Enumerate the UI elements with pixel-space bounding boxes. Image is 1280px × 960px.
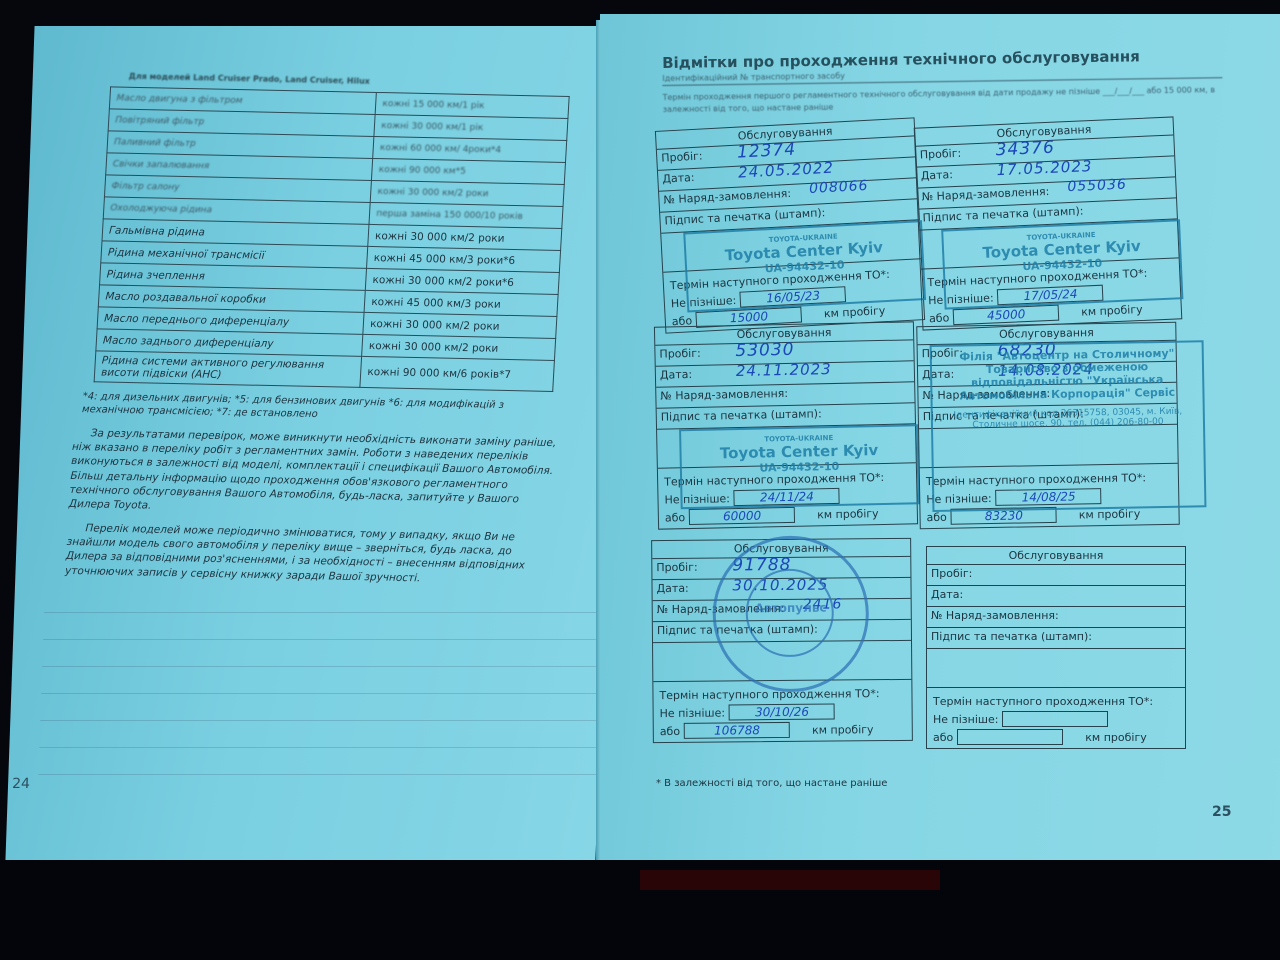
paragraph-checks: За результатами перевірок, може виникнут…	[68, 426, 562, 521]
not-later-label: Не пізніше:	[933, 713, 998, 726]
paragraph-models: Перелік моделей може періодично змінюват…	[65, 521, 558, 588]
order-label: № Наряд-замовлення:	[663, 187, 791, 207]
date-value: 24.11.2023	[736, 360, 832, 380]
km-label: км пробігу	[817, 507, 879, 521]
maintenance-interval: кожні 90 000 км/6 років*7	[360, 356, 554, 391]
service-record-card: ОбслуговуванняПробіг:91788Дата:30.10.202…	[651, 538, 913, 743]
table-footnote: *4: для дизельних двигунів; *5: для бенз…	[82, 390, 563, 426]
stamp-name: Автопульс	[716, 600, 866, 615]
round-company-stamp: Автопульс	[712, 535, 869, 692]
mileage-label: Пробіг:	[656, 561, 697, 574]
right-page: Відмітки про проходження технічного обсл…	[600, 14, 1280, 884]
date-label: Дата:	[662, 171, 695, 186]
signature-label: Підпис та печатка (штамп):	[661, 407, 822, 423]
maintenance-table: Масло двигуна з фільтромкожні 15 000 км/…	[94, 86, 570, 392]
not-later-label: Не пізніше:	[660, 706, 726, 720]
dealer-stamp: Філія "Автоцентр на Столичному" Товарист…	[930, 340, 1207, 512]
next-km-value: 60000	[689, 507, 795, 525]
mileage-value: 34376	[995, 138, 1055, 161]
maintenance-interval: перша заміна 150 000/10 років	[369, 202, 563, 228]
mileage-value: 12374	[737, 140, 797, 163]
km-label: км пробігу	[1081, 302, 1143, 318]
first-service-intro: Термін проходження першого регламентного…	[663, 84, 1223, 116]
signature-area	[927, 649, 1185, 688]
service-record-card: ОбслуговуванняПробіг:34376Дата:17.05.202…	[914, 116, 1183, 330]
order-label: № Наряд-замовлення:	[921, 185, 1049, 204]
order-value: 055036	[1067, 177, 1127, 196]
page-number-right: 25	[1212, 804, 1231, 820]
mileage-label: Пробіг:	[920, 147, 962, 162]
next-km-value	[957, 729, 1063, 745]
bleed-through-table	[38, 586, 605, 776]
order-value: 008066	[809, 178, 869, 197]
km-label: км пробігу	[812, 723, 874, 737]
km-label: км пробігу	[824, 304, 886, 320]
signature-label: Підпис та печатка (штамп):	[931, 630, 1092, 643]
signature-label: Підпис та печатка (штамп):	[922, 204, 1083, 224]
service-footnote: * В залежності від того, що настане рані…	[656, 778, 887, 789]
card-header: Обслуговування	[927, 547, 1185, 565]
order-label: № Наряд-замовлення:	[931, 609, 1059, 622]
or-label: або	[926, 510, 946, 523]
next-km-value: 106788	[684, 722, 790, 739]
date-value: 17.05.2023	[996, 157, 1093, 179]
date-label: Дата:	[931, 588, 963, 601]
stamp-name: Філія "Автоцентр на Столичному" Товарист…	[936, 346, 1199, 403]
date-value: 24.05.2022	[738, 159, 835, 182]
order-label: № Наряд-замовлення:	[660, 387, 788, 403]
km-label: км пробігу	[1085, 731, 1146, 744]
date-label: Дата:	[656, 582, 688, 595]
or-label: або	[660, 724, 680, 737]
red-cover-edge	[640, 870, 940, 890]
left-page: Для моделей Land Cruiser Prado, Land Cru…	[5, 26, 624, 860]
or-label: або	[665, 511, 686, 524]
date-label: Дата:	[660, 368, 692, 382]
or-label: або	[929, 311, 950, 325]
page-number-left: 24	[12, 776, 30, 792]
maintenance-item: Рідина системи активного регулювання вис…	[94, 351, 362, 388]
service-record-card: ОбслуговуванняПробіг:12374Дата:24.05.202…	[655, 117, 925, 333]
service-record-card: ОбслуговуванняПробіг:Дата:№ Наряд-замовл…	[926, 546, 1186, 749]
dealer-stamp: TOYOTA-UKRAINEToyota Center KyivUA-94432…	[679, 424, 920, 509]
or-label: або	[933, 731, 953, 744]
next-date-value	[1002, 711, 1108, 727]
mileage-value: 53030	[735, 340, 794, 361]
date-label: Дата:	[921, 168, 954, 182]
dealer-stamp: TOYOTA-UKRAINEToyota Center KyivUA-94432…	[941, 219, 1183, 309]
next-service-label: Термін наступного проходження ТО*:	[933, 692, 1179, 710]
stamp-code: Ідентифікаційний код 26315758, 03045, м.…	[937, 406, 1199, 431]
mileage-label: Пробіг:	[659, 347, 701, 361]
dealer-stamp: TOYOTA-UKRAINEToyota Center KyivUA-94432…	[683, 220, 926, 312]
service-record-card: ОбслуговуванняПробіг:68230Дата:14.08.202…	[916, 322, 1180, 530]
mileage-label: Пробіг:	[661, 149, 703, 164]
service-record-card: ОбслуговуванняПробіг:53030Дата:24.11.202…	[654, 321, 918, 529]
next-date-value: 30/10/26	[729, 704, 835, 721]
mileage-label: Пробіг:	[931, 567, 972, 580]
